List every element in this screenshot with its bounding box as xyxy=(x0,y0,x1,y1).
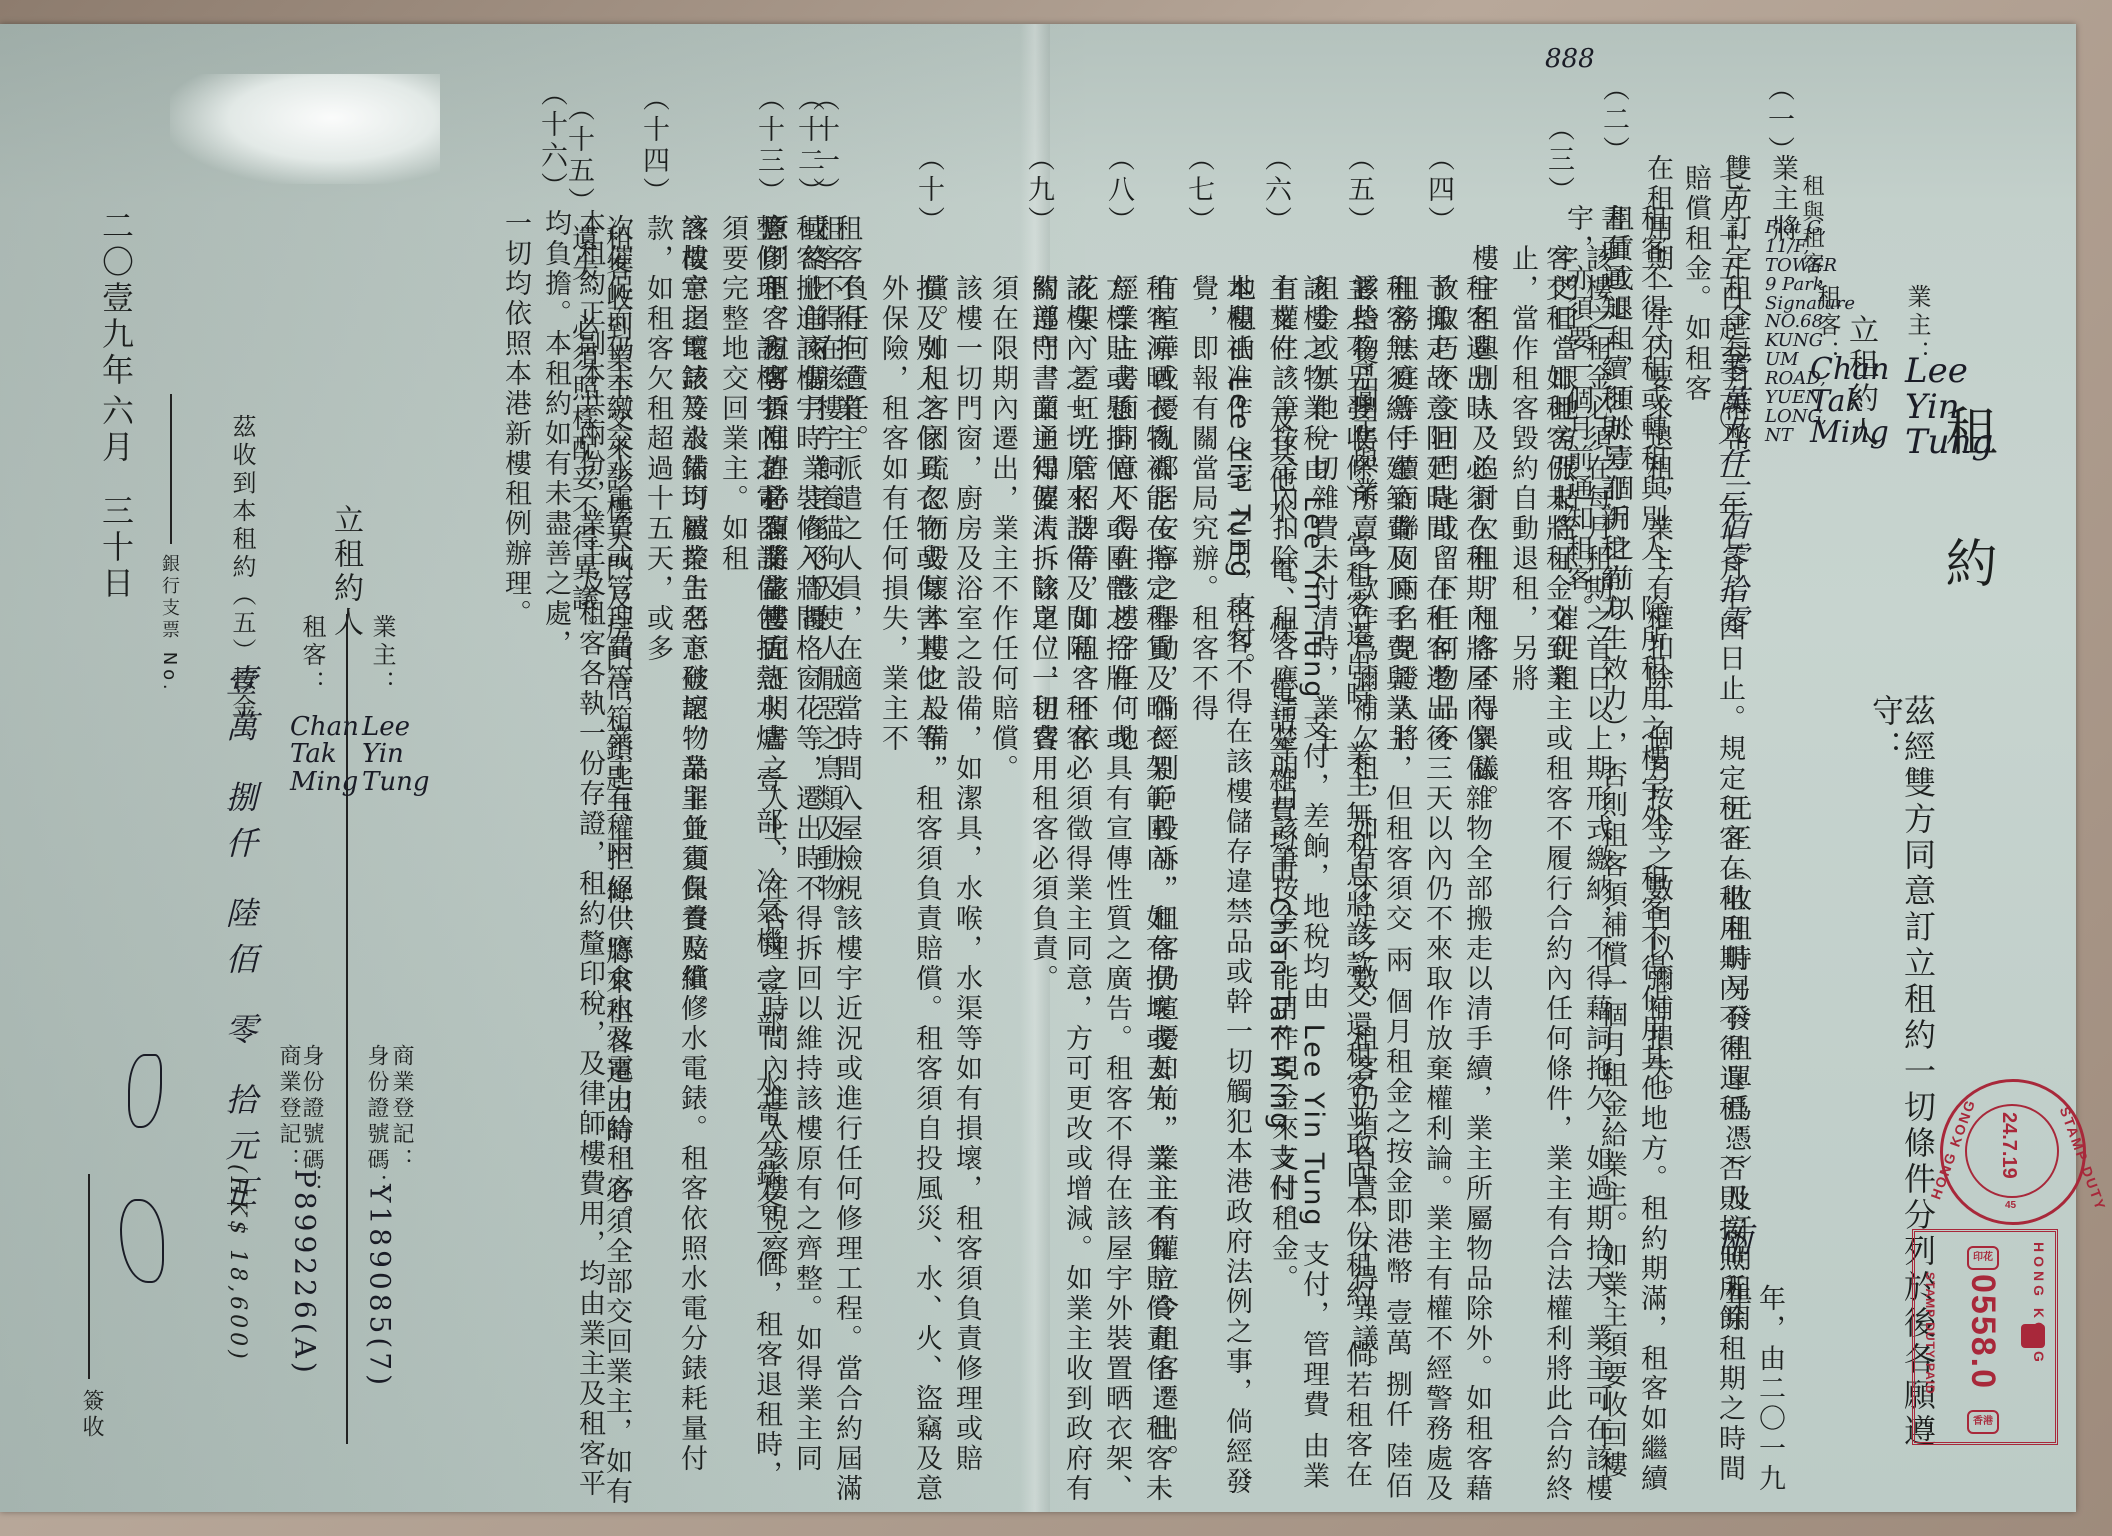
clause-number: （十六） xyxy=(538,79,565,203)
clause-number: （四） xyxy=(1425,144,1452,237)
clause-text-line: 本樓祇准作 住宅 之用，租客不得在該樓儲存違禁品或幹一切觸犯本港政府法例之事，倘… xyxy=(1185,274,1253,1512)
tenant-id-number: P899226(A) xyxy=(290,1169,319,1377)
stamp-duty-amount: 0558.0 xyxy=(1963,1274,2002,1390)
date-year: 二〇壹九年 xyxy=(100,209,132,389)
clause-text-line: 一切均依照本港新樓租例辦理。 xyxy=(498,209,532,629)
clause-text-line: 須在限期內遷出，業主不作任何賠償。 xyxy=(985,274,1019,784)
sig-landlord-label: 業主： xyxy=(370,614,394,698)
clause-number: （七） xyxy=(1185,144,1212,237)
clause-text-line: 本租約正副本共兩份，業主及租客各執一份存證，租約釐印稅，及律師樓費用，均由業主及… xyxy=(538,209,606,1512)
tenant-br-label: 商業登記： xyxy=(277,1044,299,1174)
cheque-label: 銀行支票 No. xyxy=(160,554,178,694)
clause-number: （十二） xyxy=(795,84,822,208)
clause-number: （八） xyxy=(1105,144,1132,237)
clause-number: （十） xyxy=(915,144,942,237)
sig-tenant-label: 租客： xyxy=(300,614,324,698)
stamp-round-top-text: STAMP DUTY xyxy=(2057,1105,2110,1214)
clause-number: （九） xyxy=(1025,144,1052,237)
clause-text-line: 客交租。如租客仍未將租金交到業主或租客不履行合約內任何條件，業主有合法權利將此合… xyxy=(1505,244,1573,1512)
sign-line xyxy=(88,1174,90,1379)
clause-text-line: 整修理。該樓宇內之電器設備包括熱水爐 壹 部、冷氣機 壹 部、水電分錶各一個，租… xyxy=(715,214,783,1512)
property-address-handwritten: Flat G, 11/F, TOWER 9 Park Signature NO.… xyxy=(1765,219,1850,446)
clause-text-line: 該樓內之一切原來設備及間隔，租客必須徵得業主同意，方可更改或增減。如業主收到政府… xyxy=(1025,274,1093,1512)
landlord-id-number: Y189085(7) xyxy=(365,1184,394,1389)
stamp-seal-bottom: 香港 xyxy=(1967,1410,1999,1434)
stamp-seal-top: 印花 xyxy=(1967,1246,1999,1270)
sig-tenant-name: Chan Tak Ming xyxy=(290,714,340,796)
stamp-duty-paid-box: HONG KONG 印花 0558.0 香港 STAMP DUTY PAID xyxy=(1912,1229,2058,1445)
stamp-duty-round-stamp: STAMP DUTY HONG KONG 24.7.19 45 xyxy=(1940,1079,2086,1225)
stamp-logo-icon xyxy=(2021,1324,2045,1348)
tenancy-agreement-paper: 租約 立租約人 業主： Lee Yin Tung 租客： Chan Tak Mi… xyxy=(0,24,2076,1512)
clause-number: （五） xyxy=(1345,144,1372,237)
clause-number: （十四） xyxy=(640,84,667,208)
light-glare xyxy=(170,74,440,184)
date-day: 三十日 xyxy=(100,494,132,602)
deposit-amount-hkd: (HK$ 18,600) xyxy=(226,1164,248,1363)
clause-number: （二） xyxy=(1600,74,1627,167)
stamp-code: 45 xyxy=(2005,1200,2016,1211)
cheque-line xyxy=(170,394,172,544)
clause-number: （十三） xyxy=(755,84,782,208)
date-month: 六月 xyxy=(100,394,132,466)
clause-text-line: 損及別人之傢具衣物或傷害其他人等，租客須負責賠償。租客須自投風災、水、火、盜竊及… xyxy=(875,274,943,1512)
deposit-amount-handwritten: 壹萬 捌仟 陸佰 零 拾元正 xyxy=(222,664,256,1221)
margin-note: 888 xyxy=(1545,46,1595,73)
stamp-paid-label: STAMP DUTY PAID xyxy=(1923,1272,1937,1395)
landlord-id-label: 身份證號碼： xyxy=(365,1044,387,1200)
sig-landlord-name: Lee Yin Tung xyxy=(362,714,412,796)
sign-label: 簽收 xyxy=(80,1389,102,1441)
clause-number: （六） xyxy=(1262,144,1289,237)
clause-text-line: 該樓宇之電錶及水錶均屬業主名下登記，業主負責保養及維修水電錶。租客依照水電分錶耗… xyxy=(640,214,708,1512)
clause-number: （三） xyxy=(1545,114,1572,207)
stamp-date: 24.7.19 xyxy=(1997,1112,2020,1179)
landlord-br-label: 商業登記： xyxy=(390,1044,412,1174)
landlord-name-handwritten: Lee Yin Tung xyxy=(1905,354,1965,461)
clause-text-line: 該樓之物業稅由 Lee Yin Tung 支付，差餉，地稅均由 Lee Yin … xyxy=(1262,274,1330,1512)
sig-signatories-label: 立租約人 xyxy=(330,504,360,640)
clause-1-period: 七月十五日起至二〇二一年七月十四日止。規定租客在租用期內不得退租，否則按照所餘租… xyxy=(1678,164,1746,1512)
clause-number: （十五） xyxy=(565,94,592,218)
